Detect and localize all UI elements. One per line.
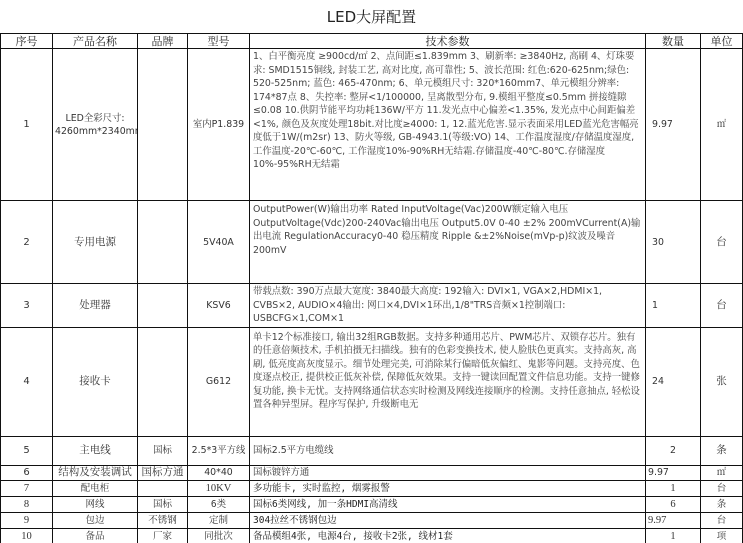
col-header-model: 型号 — [188, 34, 250, 49]
cell-unit: 条 — [701, 496, 743, 512]
cell-name: 备品 — [53, 528, 138, 543]
cell-name: 接收卡 — [53, 327, 138, 436]
cell-unit: 台 — [701, 512, 743, 528]
table-row: 2 专用电源 5V40A OutputPower(W)输出功率 Rated In… — [1, 201, 743, 284]
cell-model: 同批次 — [188, 528, 250, 543]
cell-no: 4 — [1, 327, 53, 436]
cell-name: 主电线 — [53, 436, 138, 465]
cell-brand — [138, 327, 188, 436]
cell-name: LED全彩尺寸: 4260mm*2340mm — [53, 49, 138, 201]
cell-brand: 国标方通 — [138, 465, 188, 480]
table-row: 10 备品 厂家 同批次 备品模组4张, 电源4台, 接收卡2张, 线材1套 1… — [1, 528, 743, 543]
cell-brand: 厂家 — [138, 528, 188, 543]
col-header-no: 序号 — [1, 34, 53, 49]
cell-no: 2 — [1, 201, 53, 284]
cell-brand — [138, 201, 188, 284]
cell-no: 7 — [1, 480, 53, 496]
cell-brand: 不锈钢 — [138, 512, 188, 528]
cell-no: 6 — [1, 465, 53, 480]
cell-no: 1 — [1, 49, 53, 201]
table-row: 6 结构及安装调试 国标方通 40*40 国标镀锌方通 9.97 ㎡ — [1, 465, 743, 480]
cell-brand: 国标 — [138, 436, 188, 465]
cell-model: 5V40A — [188, 201, 250, 284]
cell-model: 室内P1.839 — [188, 49, 250, 201]
cell-qty: 2 — [646, 436, 701, 465]
cell-qty: 6 — [646, 496, 701, 512]
table-row: 9 包边 不锈钢 定制 304拉丝不锈钢包边 9.97 台 — [1, 512, 743, 528]
cell-unit: 台 — [701, 480, 743, 496]
cell-spec: 多功能卡, 实时监控, 烟雾报警 — [250, 480, 646, 496]
cell-qty: 9.97 — [646, 49, 701, 201]
cell-name: 结构及安装调试 — [53, 465, 138, 480]
document-title: LED大屏配置 — [0, 6, 743, 27]
cell-model: 10KV — [188, 480, 250, 496]
cell-name: 配电柜 — [53, 480, 138, 496]
col-header-unit: 单位 — [701, 34, 743, 49]
cell-brand — [138, 480, 188, 496]
cell-qty: 1 — [646, 528, 701, 543]
cell-unit: 项 — [701, 528, 743, 543]
col-header-qty: 数量 — [646, 34, 701, 49]
cell-name: 专用电源 — [53, 201, 138, 284]
cell-no: 8 — [1, 496, 53, 512]
cell-spec: 带载点数: 390万点最大宽度: 3840最大高度: 192输入: DVI×1,… — [250, 284, 646, 328]
table-row: 5 主电线 国标 2.5*3平方线 国标2.5平方电缆线 2 条 — [1, 436, 743, 465]
cell-qty: 24 — [646, 327, 701, 436]
cell-model: 6类 — [188, 496, 250, 512]
col-header-brand: 品牌 — [138, 34, 188, 49]
table-row: 3 处理器 KSV6 带载点数: 390万点最大宽度: 3840最大高度: 19… — [1, 284, 743, 328]
cell-spec: OutputPower(W)输出功率 Rated InputVoltage(Va… — [250, 201, 646, 284]
cell-spec: 单卡12个标准接口, 输出32组RGB数据。支持多种通用芯片、PWM芯片、双锁存… — [250, 327, 646, 436]
cell-model: KSV6 — [188, 284, 250, 328]
table-row: 7 配电柜 10KV 多功能卡, 实时监控, 烟雾报警 1 台 — [1, 480, 743, 496]
cell-unit: ㎡ — [701, 49, 743, 201]
cell-qty: 9.97 — [646, 512, 701, 528]
cell-model: 定制 — [188, 512, 250, 528]
header-row: 序号 产品名称 品牌 型号 技术参数 数量 单位 — [1, 34, 743, 49]
cell-unit: 条 — [701, 436, 743, 465]
cell-spec: 1、白平衡亮度 ≥900cd/㎡ 2、点间距≤1.839mm 3、刷新率: ≥3… — [250, 49, 646, 201]
config-table: 序号 产品名称 品牌 型号 技术参数 数量 单位 1 LED全彩尺寸: 4260… — [0, 33, 743, 543]
cell-spec: 国标6类网线, 加一条HDMI高清线 — [250, 496, 646, 512]
cell-brand — [138, 49, 188, 201]
cell-model: 40*40 — [188, 465, 250, 480]
cell-qty: 1 — [646, 480, 701, 496]
cell-no: 10 — [1, 528, 53, 543]
cell-no: 3 — [1, 284, 53, 328]
cell-name: 网线 — [53, 496, 138, 512]
col-header-name: 产品名称 — [53, 34, 138, 49]
cell-spec: 备品模组4张, 电源4台, 接收卡2张, 线材1套 — [250, 528, 646, 543]
table-row: 8 网线 国标 6类 国标6类网线, 加一条HDMI高清线 6 条 — [1, 496, 743, 512]
cell-brand — [138, 284, 188, 328]
table-row: 4 接收卡 G612 单卡12个标准接口, 输出32组RGB数据。支持多种通用芯… — [1, 327, 743, 436]
col-header-spec: 技术参数 — [250, 34, 646, 49]
cell-unit: 台 — [701, 284, 743, 328]
cell-spec: 国标镀锌方通 — [250, 465, 646, 480]
cell-qty: 1 — [646, 284, 701, 328]
cell-qty: 30 — [646, 201, 701, 284]
cell-no: 5 — [1, 436, 53, 465]
cell-unit: 台 — [701, 201, 743, 284]
cell-spec: 国标2.5平方电缆线 — [250, 436, 646, 465]
cell-no: 9 — [1, 512, 53, 528]
cell-spec: 304拉丝不锈钢包边 — [250, 512, 646, 528]
cell-name: 处理器 — [53, 284, 138, 328]
cell-model: 2.5*3平方线 — [188, 436, 250, 465]
cell-unit: 张 — [701, 327, 743, 436]
cell-unit: ㎡ — [701, 465, 743, 480]
cell-brand: 国标 — [138, 496, 188, 512]
table-row: 1 LED全彩尺寸: 4260mm*2340mm 室内P1.839 1、白平衡亮… — [1, 49, 743, 201]
cell-model: G612 — [188, 327, 250, 436]
cell-name: 包边 — [53, 512, 138, 528]
cell-qty: 9.97 — [646, 465, 701, 480]
